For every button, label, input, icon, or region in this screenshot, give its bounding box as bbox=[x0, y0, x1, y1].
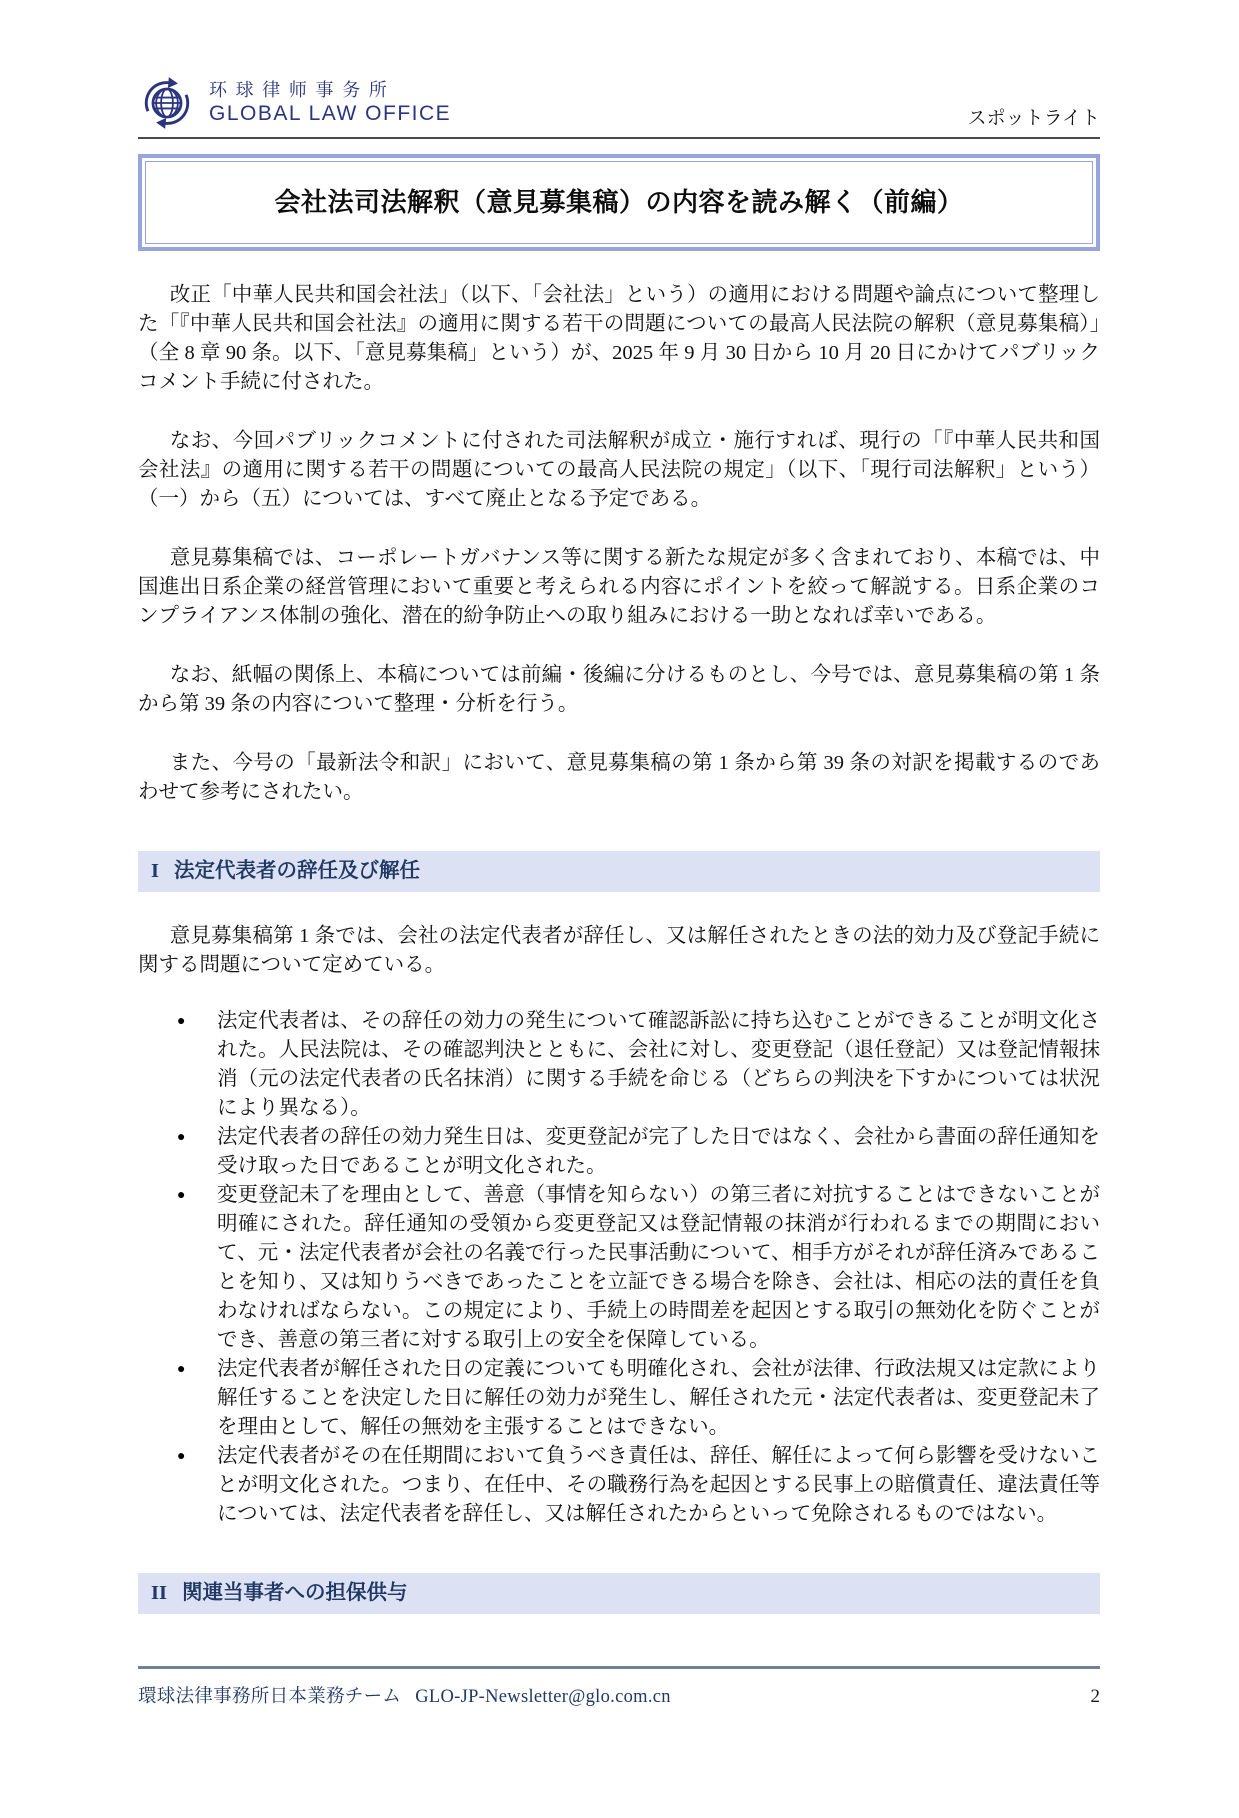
bullet-icon: ● bbox=[177, 1355, 185, 1384]
footer-contact: 環球法律事務所日本業務チームGLO-JP-Newsletter@glo.com.… bbox=[138, 1682, 671, 1708]
intro-paragraph-3: 意見募集稿では、コーポレートガバナンス等に関する新たな規定が多く含まれており、本… bbox=[138, 544, 1100, 631]
list-item-text: 法定代表者が解任された日の定義についても明確化され、会社が法律、行政法規又は定款… bbox=[217, 1358, 1100, 1438]
intro-paragraph-1: 改正「中華人民共和国会社法」（以下、「会社法」という）の適用における問題や論点に… bbox=[138, 281, 1100, 397]
footer-divider bbox=[138, 1666, 1100, 1669]
section-heading-2: II関連当事者への担保供与 bbox=[138, 1573, 1100, 1614]
section-title: 法定代表者の辞任及び解任 bbox=[174, 860, 420, 882]
section-heading-1: I法定代表者の辞任及び解任 bbox=[138, 851, 1100, 892]
page-number: 2 bbox=[1091, 1686, 1101, 1708]
logo: 环球律师事务所 GLOBAL LAW OFFICE bbox=[138, 74, 451, 132]
list-item-text: 変更登記未了を理由として、善意（事情を知らない）の第三者に対抗することはできない… bbox=[217, 1184, 1100, 1351]
list-item: ●変更登記未了を理由として、善意（事情を知らない）の第三者に対抗することはできな… bbox=[176, 1181, 1100, 1355]
footer: 環球法律事務所日本業務チームGLO-JP-Newsletter@glo.com.… bbox=[138, 1666, 1100, 1708]
section-1-lead: 意見募集稿第 1 条では、会社の法定代表者が辞任し、又は解任されたときの法的効力… bbox=[138, 922, 1100, 980]
logo-chinese-name: 环球律师事务所 bbox=[209, 81, 451, 101]
section-title: 関連当事者への担保供与 bbox=[182, 1582, 408, 1604]
logo-english-name: GLOBAL LAW OFFICE bbox=[209, 102, 451, 125]
footer-email: GLO-JP-Newsletter@glo.com.cn bbox=[415, 1687, 671, 1707]
header: 环球律师事务所 GLOBAL LAW OFFICE スポットライト bbox=[138, 74, 1100, 132]
footer-team-name: 環球法律事務所日本業務チーム bbox=[138, 1687, 401, 1707]
document-page: 环球律师事务所 GLOBAL LAW OFFICE スポットライト 会社法司法解… bbox=[0, 0, 1239, 1818]
list-item-text: 法定代表者は、その辞任の効力の発生について確認訴訟に持ち込むことができることが明… bbox=[217, 1010, 1100, 1119]
section-number: II bbox=[151, 1582, 167, 1604]
list-item-text: 法定代表者の辞任の効力発生日は、変更登記が完了した日ではなく、会社から書面の辞任… bbox=[217, 1126, 1100, 1177]
list-item: ●法定代表者が解任された日の定義についても明確化され、会社が法律、行政法規又は定… bbox=[176, 1355, 1100, 1442]
edition-label: スポットライト bbox=[968, 103, 1100, 132]
bullet-icon: ● bbox=[177, 1123, 185, 1152]
list-item-text: 法定代表者がその在任期間において負うべき責任は、辞任、解任によって何ら影響を受け… bbox=[217, 1445, 1100, 1525]
footer-row: 環球法律事務所日本業務チームGLO-JP-Newsletter@glo.com.… bbox=[138, 1682, 1100, 1708]
title-box-inner: 会社法司法解釈（意見募集稿）の内容を読み解く（前編） bbox=[145, 161, 1093, 244]
logo-text: 环球律师事务所 GLOBAL LAW OFFICE bbox=[209, 81, 451, 126]
intro-paragraph-4: なお、紙幅の関係上、本稿については前編・後編に分けるものとし、今号では、意見募集… bbox=[138, 661, 1100, 719]
bullet-icon: ● bbox=[177, 1181, 185, 1210]
header-divider bbox=[138, 137, 1100, 139]
bullet-list: ●法定代表者は、その辞任の効力の発生について確認訴訟に持ち込むことができることが… bbox=[176, 1007, 1100, 1529]
bullet-icon: ● bbox=[177, 1442, 185, 1471]
list-item: ●法定代表者の辞任の効力発生日は、変更登記が完了した日ではなく、会社から書面の辞… bbox=[176, 1123, 1100, 1181]
intro-paragraph-2: なお、今回パブリックコメントに付された司法解釈が成立・施行すれば、現行の「『中華… bbox=[138, 427, 1100, 514]
globe-icon bbox=[138, 74, 196, 132]
list-item: ●法定代表者は、その辞任の効力の発生について確認訴訟に持ち込むことができることが… bbox=[176, 1007, 1100, 1123]
title-box: 会社法司法解釈（意見募集稿）の内容を読み解く（前編） bbox=[138, 154, 1100, 251]
document-title: 会社法司法解釈（意見募集稿）の内容を読み解く（前編） bbox=[156, 182, 1082, 219]
list-item: ●法定代表者がその在任期間において負うべき責任は、辞任、解任によって何ら影響を受… bbox=[176, 1442, 1100, 1529]
bullet-icon: ● bbox=[177, 1007, 185, 1036]
intro-paragraph-5: また、今号の「最新法令和訳」において、意見募集稿の第 1 条から第 39 条の対… bbox=[138, 749, 1100, 807]
section-number: I bbox=[151, 860, 159, 882]
